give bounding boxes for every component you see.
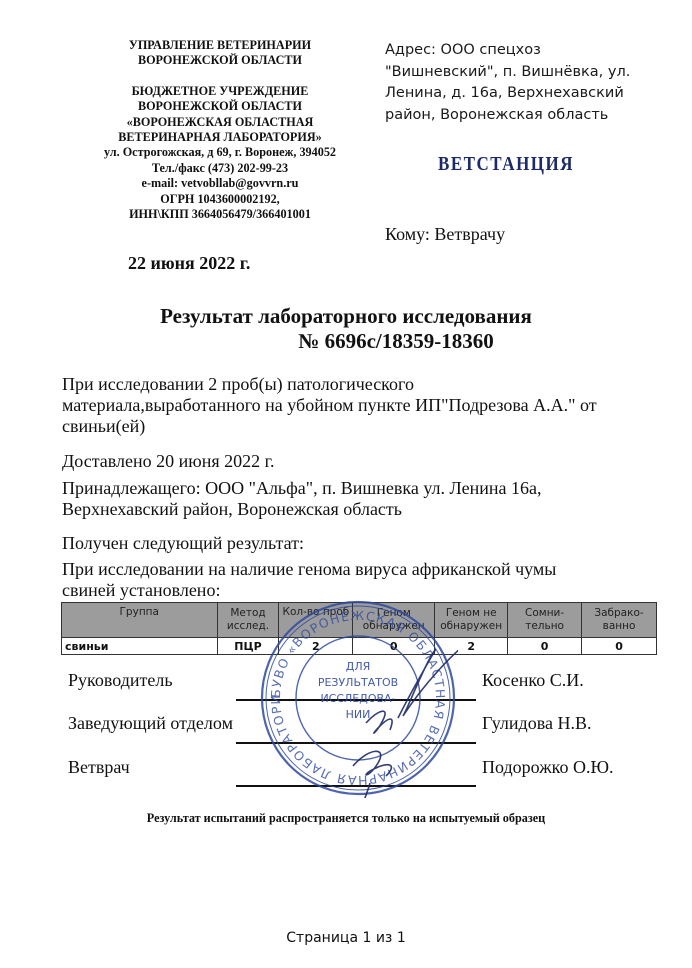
address-line: Ленина, д. 16а, Верхнехавский (385, 83, 645, 105)
cell-doubtful: 0 (508, 638, 582, 655)
signature-name-vet: Подорожко О.Ю. (482, 757, 613, 778)
org-line: УПРАВЛЕНИЕ ВЕТЕРИНАРИИ (80, 38, 360, 53)
svg-text:ДЛЯ: ДЛЯ (346, 660, 371, 673)
signature-name-dept: Гулидова Н.В. (482, 713, 591, 734)
svg-text:РЕЗУЛЬТАТОВ: РЕЗУЛЬТАТОВ (318, 676, 398, 689)
org-address: ул. Острогожская, д 69, г. Воронеж, 3940… (80, 145, 360, 160)
delivery-date: Доставлено 20 июня 2022 г. (62, 451, 275, 472)
org-line: «ВОРОНЕЖСКАЯ ОБЛАСТНАЯ (80, 115, 360, 130)
signature-role-head: Руководитель (68, 670, 173, 691)
org-email: e-mail: vetvobllab@govvrn.ru (80, 176, 360, 191)
address-line: Адрес: ООО спецхоз (385, 40, 645, 62)
finding-text: При исследовании на наличие генома вирус… (62, 559, 662, 601)
page-number: Страница 1 из 1 (0, 930, 692, 946)
column-header-group: Группа (62, 603, 218, 638)
svg-text:ИССЛЕДОВА-: ИССЛЕДОВА- (320, 692, 395, 705)
recipient-line: Кому: Ветврачу (385, 224, 505, 245)
text-line: При исследовании на наличие генома вирус… (62, 559, 662, 580)
signature-role-vet: Ветврач (68, 757, 130, 778)
text-line: Принадлежащего: ООО "Альфа", п. Вишневка… (62, 478, 662, 499)
address-line: район, Воронежская область (385, 105, 645, 127)
cell-group: свиньи (62, 638, 218, 655)
document-title: Результат лабораторного исследования № 6… (0, 304, 692, 354)
org-line: ВЕТЕРИНАРНАЯ ЛАБОРАТОРИЯ» (80, 130, 360, 145)
org-inn: ИНН\КПП 3664056479/366401001 (80, 207, 360, 222)
vetstation-stamp: ВЕТСТАНЦИЯ (438, 153, 574, 176)
text-line: При исследовании 2 проб(ы) патологическо… (62, 374, 662, 395)
text-line: свиньи(ей) (62, 416, 662, 437)
result-intro: Получен следующий результат: (62, 533, 304, 554)
recipient-address: Адрес: ООО спецхоз "Вишневский", п. Вишн… (385, 40, 645, 126)
document-number: № 6696с/18359-18360 (0, 329, 692, 354)
org-line: ВОРОНЕЖСКОЙ ОБЛАСТИ (80, 99, 360, 114)
column-header-doubtful: Сомни-тельно (508, 603, 582, 638)
sample-description: При исследовании 2 проб(ы) патологическо… (62, 374, 662, 437)
org-line: БЮДЖЕТНОЕ УЧРЕЖДЕНИЕ (80, 84, 360, 99)
document-date: 22 июня 2022 г. (128, 253, 250, 274)
text-line: материала,выработанного на убойном пункт… (62, 395, 662, 416)
cell-rejected: 0 (582, 638, 657, 655)
text-line: Верхнехавский район, Воронежская область (62, 499, 662, 520)
laboratory-seal-icon: БУВО «ВОРОНЕЖСКАЯ ОБЛАСТНАЯ ВЕТЕРИНАРНАЯ… (258, 598, 458, 798)
org-ogrn: ОГРН 1043600002192, (80, 192, 360, 207)
organization-header: УПРАВЛЕНИЕ ВЕТЕРИНАРИИ ВОРОНЕЖСКОЙ ОБЛАС… (80, 38, 360, 222)
owner-info: Принадлежащего: ООО "Альфа", п. Вишневка… (62, 478, 662, 520)
signature-name-head: Косенко С.И. (482, 670, 584, 691)
address-line: "Вишневский", п. Вишнёвка, ул. (385, 62, 645, 84)
signature-role-dept: Заведующий отделом (68, 713, 233, 734)
disclaimer-note: Результат испытаний распространяется тол… (0, 811, 692, 826)
org-line: ВОРОНЕЖСКОЙ ОБЛАСТИ (80, 53, 360, 68)
column-header-rejected: Забрако-ванно (582, 603, 657, 638)
org-phone: Тел./факс (473) 202-99-23 (80, 161, 360, 176)
title-line: Результат лабораторного исследования (0, 304, 692, 329)
svg-text:НИИ: НИИ (346, 708, 371, 721)
